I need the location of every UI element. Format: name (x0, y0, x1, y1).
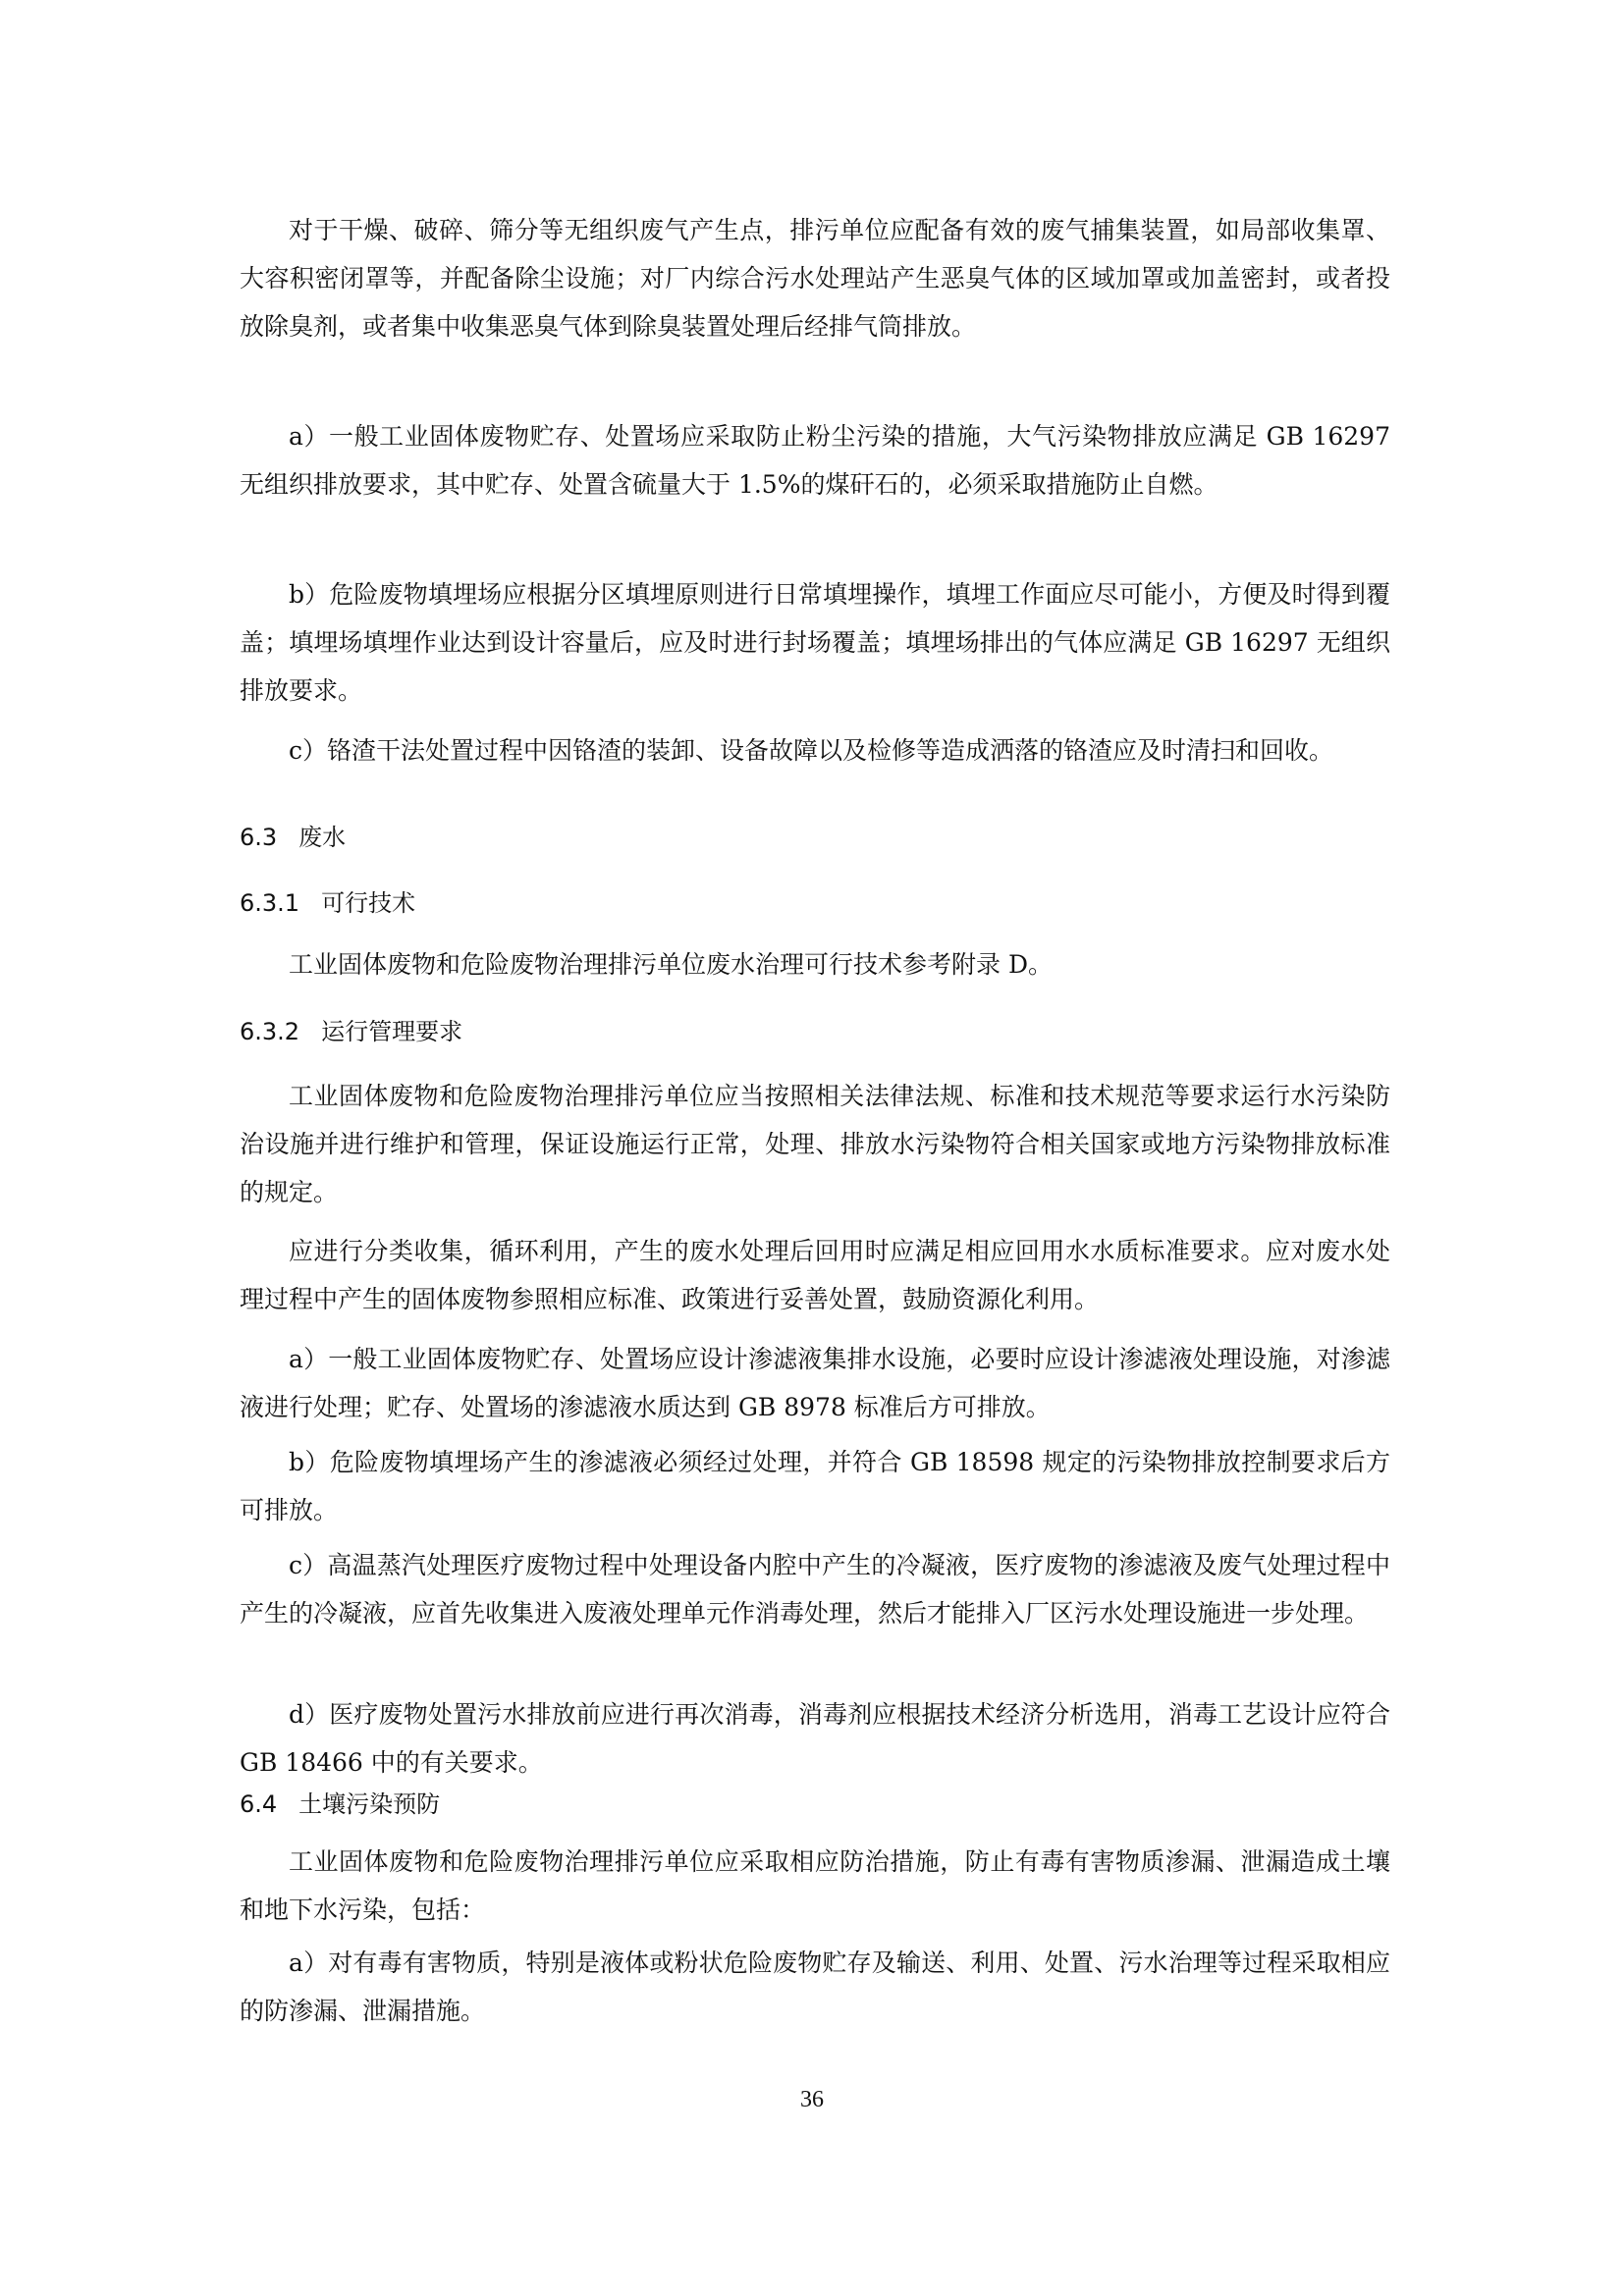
section-number: 6.3.1 (240, 883, 299, 923)
paragraph-feasible-technology: 工业固体废物和危险废物治理排污单位废水治理可行技术参考附录 D。 (240, 940, 1390, 988)
paragraph-item-d-medical-disinfection: d）医疗废物处置污水排放前应进行再次消毒，消毒剂应根据技术经济分析选用，消毒工艺… (240, 1690, 1390, 1787)
paragraph-text: c）铬渣干法处置过程中因铬渣的装卸、设备故障以及检修等造成洒落的铬渣应及时清扫和… (240, 726, 1390, 774)
paragraph-classified-collection: 应进行分类收集，循环利用，产生的废水处理后回用时应满足相应回用水水质标准要求。应… (240, 1227, 1390, 1323)
paragraph-text: a）一般工业固体废物贮存、处置场应设计渗滤液集排水设施，必要时应设计渗滤液处理设… (240, 1335, 1390, 1431)
page-number: 36 (0, 2087, 1624, 2113)
section-number: 6.4 (240, 1785, 277, 1824)
section-title: 废水 (298, 824, 346, 851)
section-number: 6.3 (240, 818, 277, 857)
paragraph-text: d）医疗废物处置污水排放前应进行再次消毒，消毒剂应根据技术经济分析选用，消毒工艺… (240, 1690, 1390, 1787)
section-heading-6-3: 6.3废水 (240, 818, 346, 857)
paragraph-item-a-leachate-facility: a）一般工业固体废物贮存、处置场应设计渗滤液集排水设施，必要时应设计渗滤液处理设… (240, 1335, 1390, 1431)
paragraph-text: 工业固体废物和危险废物治理排污单位废水治理可行技术参考附录 D。 (240, 940, 1390, 988)
paragraph-text: b）危险废物填埋场产生的渗滤液必须经过处理，并符合 GB 18598 规定的污染… (240, 1438, 1390, 1534)
paragraph-item-a-solid-waste-dust: a）一般工业固体废物贮存、处置场应采取防止粉尘污染的措施，大气污染物排放应满足 … (240, 412, 1390, 508)
paragraph-item-c-chromium-slag: c）铬渣干法处置过程中因铬渣的装卸、设备故障以及检修等造成洒落的铬渣应及时清扫和… (240, 726, 1390, 774)
paragraph-text: 对于干燥、破碎、筛分等无组织废气产生点，排污单位应配备有效的废气捕集装置，如局部… (240, 206, 1390, 350)
section-title: 土壤污染预防 (298, 1790, 440, 1818)
paragraph-text: 工业固体废物和危险废物治理排污单位应采取相应防治措施，防止有毒有害物质渗漏、泄漏… (240, 1838, 1390, 1934)
paragraph-text: c）高温蒸汽处理医疗废物过程中处理设备内腔中产生的冷凝液，医疗废物的渗滤液及废气… (240, 1541, 1390, 1637)
section-title: 运行管理要求 (321, 1018, 462, 1045)
paragraph-text: 工业固体废物和危险废物治理排污单位应当按照相关法律法规、标准和技术规范等要求运行… (240, 1072, 1390, 1216)
section-heading-6-3-2: 6.3.2运行管理要求 (240, 1012, 462, 1051)
paragraph-unorganized-emissions: 对于干燥、破碎、筛分等无组织废气产生点，排污单位应配备有效的废气捕集装置，如局部… (240, 206, 1390, 350)
paragraph-text: 应进行分类收集，循环利用，产生的废水处理后回用时应满足相应回用水水质标准要求。应… (240, 1227, 1390, 1323)
paragraph-soil-prevention: 工业固体废物和危险废物治理排污单位应采取相应防治措施，防止有毒有害物质渗漏、泄漏… (240, 1838, 1390, 1934)
paragraph-operation-management: 工业固体废物和危险废物治理排污单位应当按照相关法律法规、标准和技术规范等要求运行… (240, 1072, 1390, 1216)
section-number: 6.3.2 (240, 1012, 299, 1051)
paragraph-text: a）对有毒有害物质，特别是液体或粉状危险废物贮存及输送、利用、处置、污水治理等过… (240, 1939, 1390, 2035)
section-title: 可行技术 (321, 889, 415, 917)
section-heading-6-4: 6.4土壤污染预防 (240, 1785, 440, 1824)
paragraph-item-a-seepage-prevention: a）对有毒有害物质，特别是液体或粉状危险废物贮存及输送、利用、处置、污水治理等过… (240, 1939, 1390, 2035)
paragraph-item-b-landfill-leachate: b）危险废物填埋场产生的渗滤液必须经过处理，并符合 GB 18598 规定的污染… (240, 1438, 1390, 1534)
paragraph-text: a）一般工业固体废物贮存、处置场应采取防止粉尘污染的措施，大气污染物排放应满足 … (240, 412, 1390, 508)
paragraph-text: b）危险废物填埋场应根据分区填埋原则进行日常填埋操作，填埋工作面应尽可能小，方便… (240, 570, 1390, 715)
section-heading-6-3-1: 6.3.1可行技术 (240, 883, 415, 923)
paragraph-item-b-landfill-gas: b）危险废物填埋场应根据分区填埋原则进行日常填埋操作，填埋工作面应尽可能小，方便… (240, 570, 1390, 715)
paragraph-item-c-steam-condensate: c）高温蒸汽处理医疗废物过程中处理设备内腔中产生的冷凝液，医疗废物的渗滤液及废气… (240, 1541, 1390, 1637)
